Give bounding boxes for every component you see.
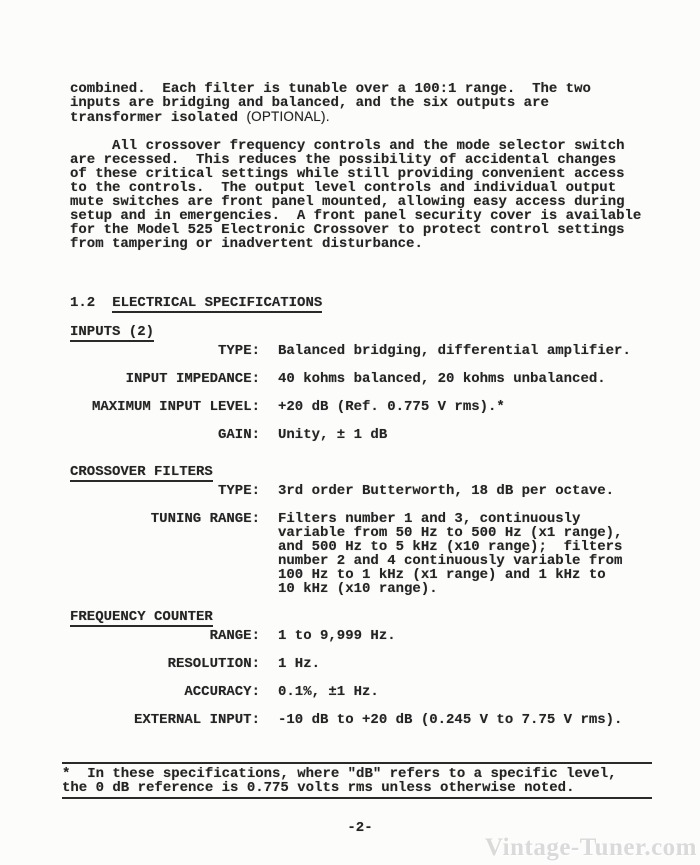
- footnote-line: the 0 dB reference is 0.775 volts rms un…: [62, 781, 652, 795]
- spec-group-heading-inputs: INPUTS (2): [70, 325, 650, 342]
- spec-label: RESOLUTION:: [70, 657, 260, 671]
- spec-label: RANGE:: [70, 629, 260, 643]
- spec-row-type: TYPE: 3rd order Butterworth, 18 dB per o…: [70, 484, 650, 498]
- spec-label: INPUT IMPEDANCE:: [70, 372, 260, 386]
- paragraph-line: combined. Each filter is tunable over a …: [70, 82, 650, 96]
- spec-row-resolution: RESOLUTION: 1 Hz.: [70, 657, 650, 671]
- page-number: -2-: [70, 821, 650, 835]
- spec-row-type: TYPE: Balanced bridging, differential am…: [70, 344, 650, 358]
- footnote: * In these specifications, where "dB" re…: [62, 762, 652, 799]
- spec-value: -10 dB to +20 dB (0.245 V to 7.75 V rms)…: [278, 713, 622, 727]
- spec-group-heading-label: CROSSOVER FILTERS: [70, 465, 213, 482]
- spec-value: Balanced bridging, differential amplifie…: [278, 344, 631, 358]
- spec-group-heading-frequency-counter: FREQUENCY COUNTER: [70, 610, 650, 627]
- spec-row-range: RANGE: 1 to 9,999 Hz.: [70, 629, 650, 643]
- watermark: Vintage-Tuner.com: [485, 835, 697, 861]
- spec-row-external-input: EXTERNAL INPUT: -10 dB to +20 dB (0.245 …: [70, 713, 650, 727]
- spec-value: 3rd order Butterworth, 18 dB per octave.: [278, 484, 614, 498]
- paragraph-text: transformer isolated: [70, 110, 246, 126]
- spec-section-frequency-counter: FREQUENCY COUNTER RANGE: 1 to 9,999 Hz. …: [70, 610, 650, 727]
- spec-section-crossover-filters: CROSSOVER FILTERS TYPE: 3rd order Butter…: [70, 465, 650, 596]
- footnote-line: * In these specifications, where "dB" re…: [62, 767, 652, 781]
- intro-paragraph-1: combined. Each filter is tunable over a …: [70, 82, 650, 125]
- spec-value: 0.1%, ±1 Hz.: [278, 685, 379, 699]
- spec-group-heading-label: INPUTS (2): [70, 325, 154, 342]
- paragraph-line: transformer isolated (OPTIONAL).: [70, 110, 650, 125]
- optional-annotation: (OPTIONAL).: [246, 109, 329, 124]
- spec-row-tuning-range: TUNING RANGE: Filters number 1 and 3, co…: [70, 512, 650, 596]
- document-page: combined. Each filter is tunable over a …: [0, 0, 700, 865]
- spec-value: +20 dB (Ref. 0.775 V rms).*: [278, 400, 505, 414]
- spec-label: ACCURACY:: [70, 685, 260, 699]
- spec-row-accuracy: ACCURACY: 0.1%, ±1 Hz.: [70, 685, 650, 699]
- spec-row-gain: GAIN: Unity, ± 1 dB: [70, 428, 650, 442]
- spec-group-heading-crossover-filters: CROSSOVER FILTERS: [70, 465, 650, 482]
- spec-label: GAIN:: [70, 428, 260, 442]
- intro-paragraph-2: All crossover frequency controls and the…: [70, 139, 650, 251]
- spec-value: Filters number 1 and 3, continuously var…: [278, 512, 622, 596]
- spec-label: MAXIMUM INPUT LEVEL:: [70, 400, 260, 414]
- section-title: ELECTRICAL SPECIFICATIONS: [112, 296, 322, 313]
- spec-row-input-impedance: INPUT IMPEDANCE: 40 kohms balanced, 20 k…: [70, 372, 650, 386]
- spec-section-inputs: INPUTS (2) TYPE: Balanced bridging, diff…: [70, 325, 650, 442]
- section-number: 1.2: [70, 295, 95, 311]
- spec-value: 40 kohms balanced, 20 kohms unbalanced.: [278, 372, 606, 386]
- paragraph-line: inputs are bridging and balanced, and th…: [70, 96, 650, 110]
- spec-group-heading-label: FREQUENCY COUNTER: [70, 610, 213, 627]
- section-heading: 1.2ELECTRICAL SPECIFICATIONS: [70, 296, 650, 313]
- spec-value: Unity, ± 1 dB: [278, 428, 387, 442]
- spec-row-maximum-input-level: MAXIMUM INPUT LEVEL: +20 dB (Ref. 0.775 …: [70, 400, 650, 414]
- spec-value: 1 Hz.: [278, 657, 320, 671]
- spec-label: TYPE:: [70, 484, 260, 498]
- spec-value: 1 to 9,999 Hz.: [278, 629, 396, 643]
- spec-label: TUNING RANGE:: [70, 512, 260, 596]
- spec-label: TYPE:: [70, 344, 260, 358]
- spec-label: EXTERNAL INPUT:: [70, 713, 260, 727]
